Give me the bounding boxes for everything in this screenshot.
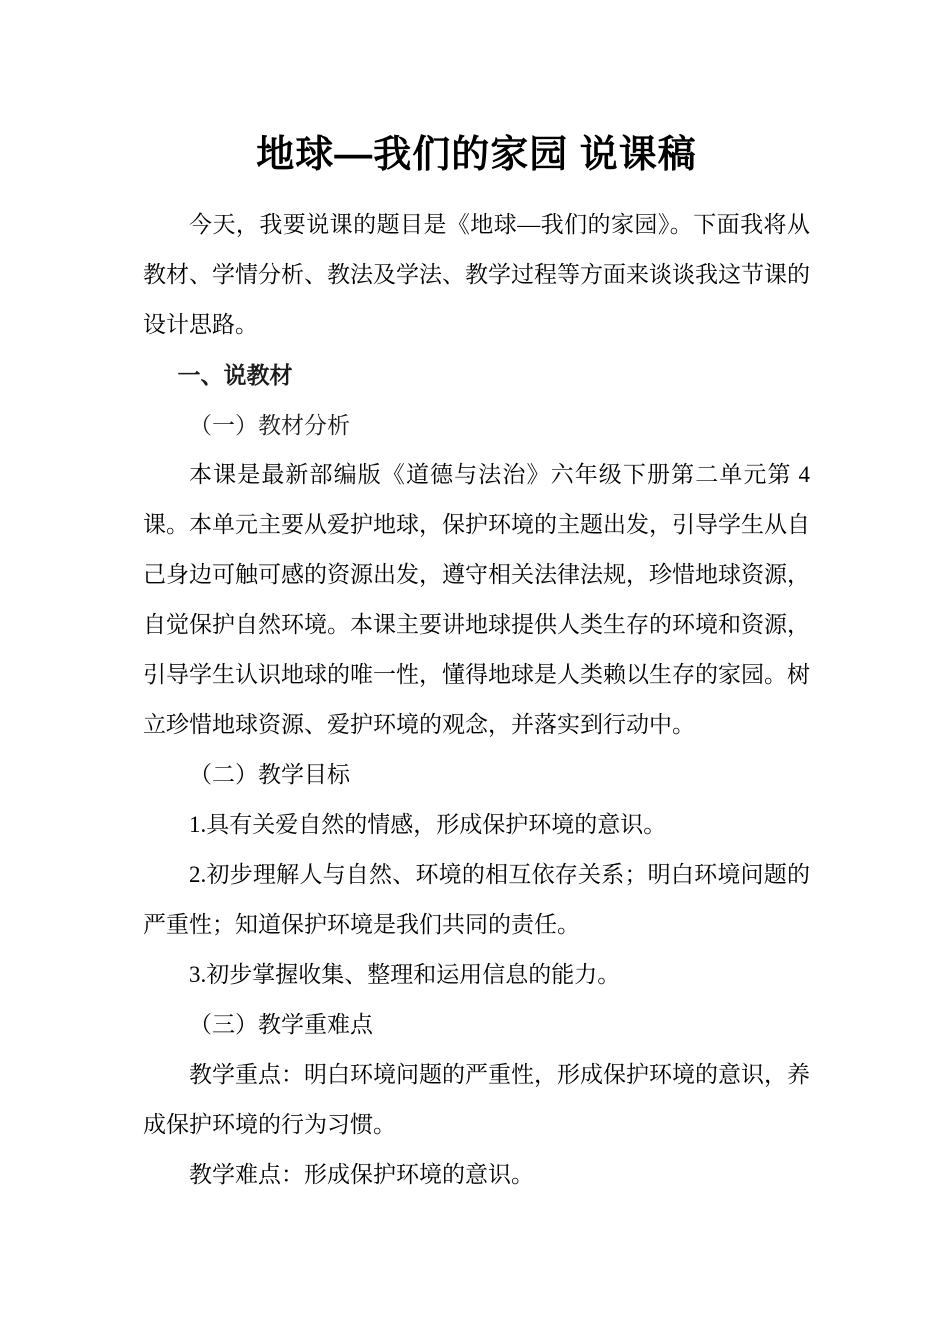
- paragraph-textbook-analysis: 本课是最新部编版《道德与法治》六年级下册第二单元第 4 课。本单元主要从爱护地球…: [143, 450, 810, 750]
- subheading-teaching-objectives: （二）教学目标: [143, 750, 810, 800]
- subheading-key-difficult-points: （三）教学重难点: [143, 1000, 810, 1050]
- objective-item-1: 1.具有关爱自然的情感，形成保护环境的意识。: [143, 800, 810, 850]
- subheading-textbook-analysis: （一）教材分析: [143, 400, 810, 450]
- document-page: 地球—我们的家园 说课稿 今天，我要说课的题目是《地球—我们的家园》。下面我将从…: [0, 0, 950, 1344]
- intro-paragraph: 今天，我要说课的题目是《地球—我们的家园》。下面我将从教材、学情分析、教法及学法…: [143, 200, 810, 350]
- paragraph-teaching-key-point: 教学重点：明白环境问题的严重性，形成保护环境的意识，养成保护环境的行为习惯。: [143, 1050, 810, 1150]
- document-title: 地球—我们的家园 说课稿: [143, 128, 810, 183]
- section-heading-textbook: 一、说教材: [143, 350, 810, 400]
- paragraph-teaching-difficult-point: 教学难点：形成保护环境的意识。: [143, 1150, 810, 1200]
- objective-item-3: 3.初步掌握收集、整理和运用信息的能力。: [143, 950, 810, 1000]
- objective-item-2: 2.初步理解人与自然、环境的相互依存关系；明白环境问题的严重性；知道保护环境是我…: [143, 850, 810, 950]
